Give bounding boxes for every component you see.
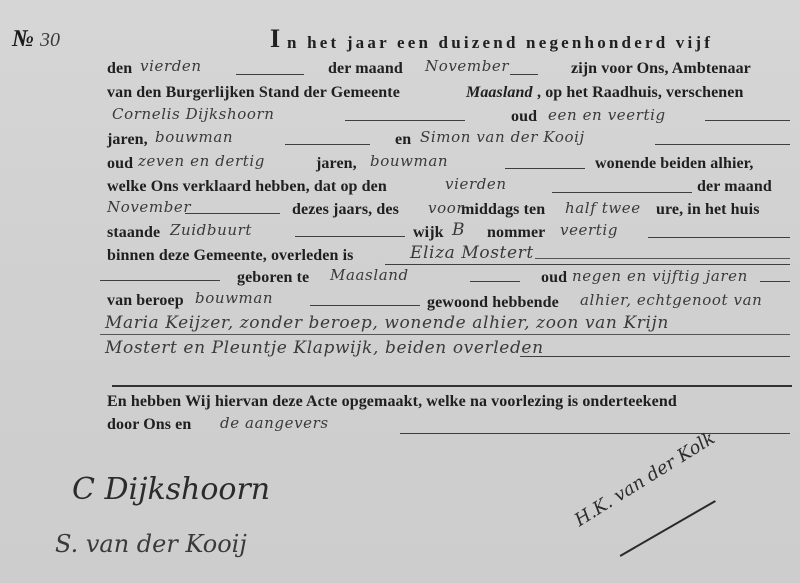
line9-staande: staande: [107, 224, 160, 242]
line16-door-ons: door Ons en: [107, 416, 191, 434]
hand-day: vierden: [140, 57, 202, 75]
line1-printed: n het jaar een duizend negenhonderd vijf: [287, 33, 713, 53]
signature-registrar: H.K. van der Kolk: [571, 428, 719, 531]
hand-declarant2-name: Simon van der Kooij: [420, 128, 585, 146]
hand-declarant1-age: een en veertig: [548, 106, 666, 124]
numero-sign: №: [12, 26, 34, 52]
fill-line: [400, 433, 790, 434]
hand-declarant2-occupation: bouwman: [370, 152, 448, 170]
line5-jaren: jaren,: [107, 131, 148, 149]
fill-line: [760, 281, 790, 282]
line8-dezes-jaars: dezes jaars, des: [292, 201, 399, 219]
line6-jaren: jaren,: [316, 155, 357, 173]
record-number-value: 30: [40, 29, 60, 51]
fill-line: [535, 258, 790, 259]
hand-house-number: veertig: [560, 221, 618, 239]
line6-tail: wonende beiden alhier,: [595, 155, 754, 173]
signature-declarant1: C Dijkshoorn: [72, 472, 270, 507]
line10-text: binnen deze Gemeente, overleden is: [107, 247, 353, 265]
hand-declarant1-name: Cornelis Dijkshoorn: [112, 105, 275, 123]
line12-gewoond: gewoond hebbende: [427, 294, 559, 312]
hand-signers: de aangevers: [220, 414, 329, 432]
fill-line: [470, 281, 520, 282]
hand-death-month: November: [107, 198, 191, 216]
line8-middags: middags ten: [461, 201, 545, 219]
fill-line: [552, 192, 692, 193]
scanned-document-page: № 30 I n het jaar een duizend negenhonde…: [0, 0, 800, 583]
fill-line: [185, 213, 280, 214]
fill-line: [345, 120, 465, 121]
hand-district: B: [452, 220, 465, 240]
fill-line: [100, 280, 220, 281]
big-initial: I: [270, 24, 280, 54]
hand-street: Zuidbuurt: [170, 221, 252, 239]
hand-voor: voor: [428, 199, 464, 217]
line9-nommer: nommer: [487, 224, 545, 242]
line5-en: en: [395, 131, 411, 149]
line11-geboren-te: geboren te: [237, 269, 309, 287]
hand-deceased-occupation: bouwman: [195, 289, 273, 307]
fill-line: [705, 120, 790, 121]
hand-spouse-parents-line1: Maria Keijzer, zonder beroep, wonende al…: [105, 313, 669, 333]
signature-underline: [620, 500, 716, 556]
fill-line: [310, 305, 420, 306]
fill-line: [100, 334, 790, 335]
fill-line: [648, 237, 790, 238]
line7-der-maand: der maand: [697, 178, 772, 196]
line8-tail: ure, in het huis: [656, 201, 760, 219]
line4-oud: oud: [511, 108, 537, 126]
hand-spouse-parents-line2: Mostert en Pleuntje Klapwijk, beiden ove…: [105, 338, 544, 358]
hand-declarant1-occupation: bouwman: [155, 128, 233, 146]
hand-deceased-age: negen en vijftig jaren: [572, 267, 748, 285]
hand-month: November: [425, 57, 509, 75]
line12-van-beroep: van beroep: [107, 292, 184, 310]
line7-text: welke Ons verklaard hebben, dat op den: [107, 178, 387, 196]
fill-line: [510, 74, 538, 75]
record-number: № 30: [12, 26, 60, 53]
fill-line: [655, 144, 790, 145]
line2-tail: zijn voor Ons, Ambtenaar: [571, 60, 751, 78]
signature-declarant2: S. van der Kooij: [55, 530, 247, 558]
line3-text: van den Burgerlijken Stand der Gemeente: [107, 84, 400, 102]
hand-death-day: vierden: [445, 175, 507, 193]
hand-residence-spouse: alhier, echtgenoot van: [580, 291, 762, 309]
hand-deceased-name: Eliza Mostert: [410, 243, 534, 263]
fill-line: [285, 144, 370, 145]
fill-line: [236, 74, 304, 75]
fill-line: [385, 264, 790, 265]
municipality-name: Maasland: [466, 84, 533, 102]
closing-text: En hebben Wij hiervan deze Acte opgemaak…: [107, 393, 677, 411]
line2-der-maand: der maand: [328, 60, 403, 78]
hand-time: half twee: [565, 199, 641, 217]
hand-declarant2-age: zeven en dertig: [138, 152, 265, 170]
fill-line: [295, 236, 405, 237]
fill-line: [520, 356, 790, 357]
line3-tail: , op het Raadhuis, verschenen: [537, 84, 743, 102]
line2-den: den: [107, 60, 132, 78]
line9-wijk: wijk: [413, 224, 444, 242]
fill-line: [505, 168, 585, 169]
hand-birthplace: Maasland: [330, 266, 409, 284]
line6-oud: oud: [107, 155, 133, 173]
section-rule: [112, 385, 792, 387]
line11-oud: oud: [541, 269, 567, 287]
